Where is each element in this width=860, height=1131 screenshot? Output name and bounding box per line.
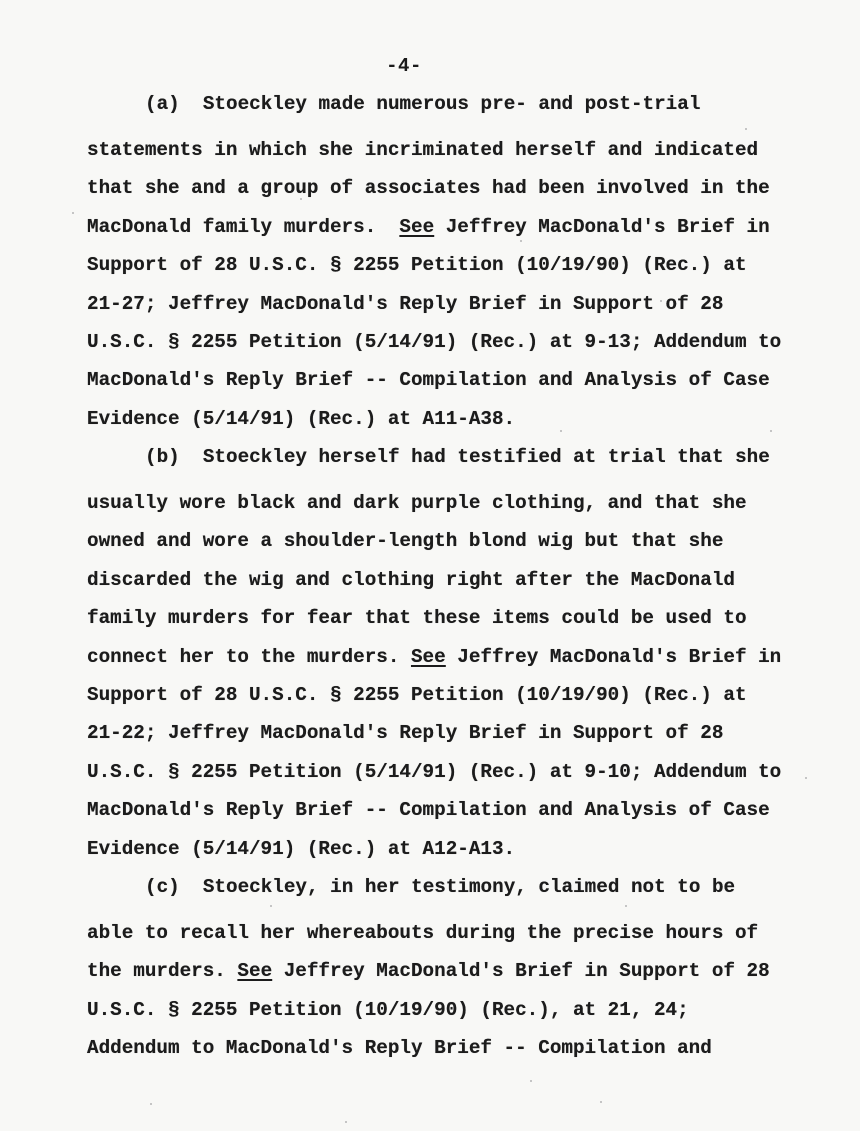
text-line: able to recall her whereabouts during th… <box>87 922 758 944</box>
scan-speck <box>600 1101 602 1103</box>
text-segment: Support of 28 U.S.C. § 2255 Petition (10… <box>87 684 747 706</box>
text-segment: (a) Stoeckley made numerous pre- and pos… <box>145 93 700 115</box>
text-segment: the murders. <box>87 960 237 982</box>
text-segment: Jeffrey MacDonald's Brief in <box>446 646 782 668</box>
text-segment: (b) Stoeckley herself had testified at t… <box>145 446 770 468</box>
text-segment: MacDonald's Reply Brief -- Compilation a… <box>87 799 770 821</box>
text-segment: Evidence (5/14/91) (Rec.) at A12-A13. <box>87 838 515 860</box>
paragraph-lead-line: (b) Stoeckley herself had testified at t… <box>145 446 770 468</box>
scan-speck <box>150 1103 152 1105</box>
text-line: connect her to the murders. See Jeffrey … <box>87 646 781 668</box>
text-line: MacDonald's Reply Brief -- Compilation a… <box>87 799 770 821</box>
text-line: Evidence (5/14/91) (Rec.) at A12-A13. <box>87 838 515 860</box>
text-segment: statements in which she incriminated her… <box>87 139 758 161</box>
text-line: U.S.C. § 2255 Petition (5/14/91) (Rec.) … <box>87 761 781 783</box>
text-line: U.S.C. § 2255 Petition (10/19/90) (Rec.)… <box>87 999 689 1021</box>
scan-speck <box>345 1121 347 1123</box>
text-segment: that she and a group of associates had b… <box>87 177 770 199</box>
scan-speck <box>745 128 747 130</box>
citation-signal: See <box>237 960 272 982</box>
scan-speck <box>560 430 562 432</box>
text-line: owned and wore a shoulder-length blond w… <box>87 530 723 552</box>
text-line: Support of 28 U.S.C. § 2255 Petition (10… <box>87 684 747 706</box>
text-segment: 21-27; Jeffrey MacDonald's Reply Brief i… <box>87 293 723 315</box>
scan-speck <box>660 300 662 302</box>
scan-speck <box>805 777 807 779</box>
text-segment: 21-22; Jeffrey MacDonald's Reply Brief i… <box>87 722 723 744</box>
paragraph-lead-line: (a) Stoeckley made numerous pre- and pos… <box>145 93 700 115</box>
text-line: MacDonald family murders. See Jeffrey Ma… <box>87 216 770 238</box>
text-line: Evidence (5/14/91) (Rec.) at A11-A38. <box>87 408 515 430</box>
text-segment: U.S.C. § 2255 Petition (10/19/90) (Rec.)… <box>87 999 689 1021</box>
text-segment: discarded the wig and clothing right aft… <box>87 569 735 591</box>
text-segment: able to recall her whereabouts during th… <box>87 922 758 944</box>
text-line: usually wore black and dark purple cloth… <box>87 492 747 514</box>
text-segment: MacDonald's Reply Brief -- Compilation a… <box>87 369 770 391</box>
text-segment: usually wore black and dark purple cloth… <box>87 492 747 514</box>
scan-speck <box>770 430 772 432</box>
document-page: -4- (a) Stoeckley made numerous pre- and… <box>0 0 860 1131</box>
citation-signal: See <box>399 216 434 238</box>
text-line: U.S.C. § 2255 Petition (5/14/91) (Rec.) … <box>87 331 781 353</box>
text-segment: Jeffrey MacDonald's Brief in <box>434 216 770 238</box>
text-line: 21-27; Jeffrey MacDonald's Reply Brief i… <box>87 293 723 315</box>
text-segment: Addendum to MacDonald's Reply Brief -- C… <box>87 1037 712 1059</box>
text-segment: family murders for fear that these items… <box>87 607 747 629</box>
text-line: family murders for fear that these items… <box>87 607 747 629</box>
text-line: discarded the wig and clothing right aft… <box>87 569 735 591</box>
scan-speck <box>520 240 522 242</box>
text-line: Addendum to MacDonald's Reply Brief -- C… <box>87 1037 712 1059</box>
text-segment: MacDonald family murders. <box>87 216 399 238</box>
paragraph-lead-line: (c) Stoeckley, in her testimony, claimed… <box>145 876 735 898</box>
scan-speck <box>72 212 74 214</box>
scan-speck <box>625 905 627 907</box>
text-segment: U.S.C. § 2255 Petition (5/14/91) (Rec.) … <box>87 331 781 353</box>
text-segment: Support of 28 U.S.C. § 2255 Petition (10… <box>87 254 747 276</box>
text-line: MacDonald's Reply Brief -- Compilation a… <box>87 369 770 391</box>
text-line: the murders. See Jeffrey MacDonald's Bri… <box>87 960 770 982</box>
text-segment: (c) Stoeckley, in her testimony, claimed… <box>145 876 735 898</box>
text-line: statements in which she incriminated her… <box>87 139 758 161</box>
text-line: 21-22; Jeffrey MacDonald's Reply Brief i… <box>87 722 723 744</box>
citation-signal: See <box>411 646 446 668</box>
text-segment: U.S.C. § 2255 Petition (5/14/91) (Rec.) … <box>87 761 781 783</box>
text-segment: owned and wore a shoulder-length blond w… <box>87 530 723 552</box>
text-line: Support of 28 U.S.C. § 2255 Petition (10… <box>87 254 747 276</box>
text-segment: Evidence (5/14/91) (Rec.) at A11-A38. <box>87 408 515 430</box>
scan-speck <box>300 198 302 200</box>
text-segment: Jeffrey MacDonald's Brief in Support of … <box>272 960 770 982</box>
text-segment: connect her to the murders. <box>87 646 411 668</box>
text-line: that she and a group of associates had b… <box>87 177 770 199</box>
page-number: -4- <box>0 55 808 77</box>
scan-speck <box>270 905 272 907</box>
scan-speck <box>530 1080 532 1082</box>
